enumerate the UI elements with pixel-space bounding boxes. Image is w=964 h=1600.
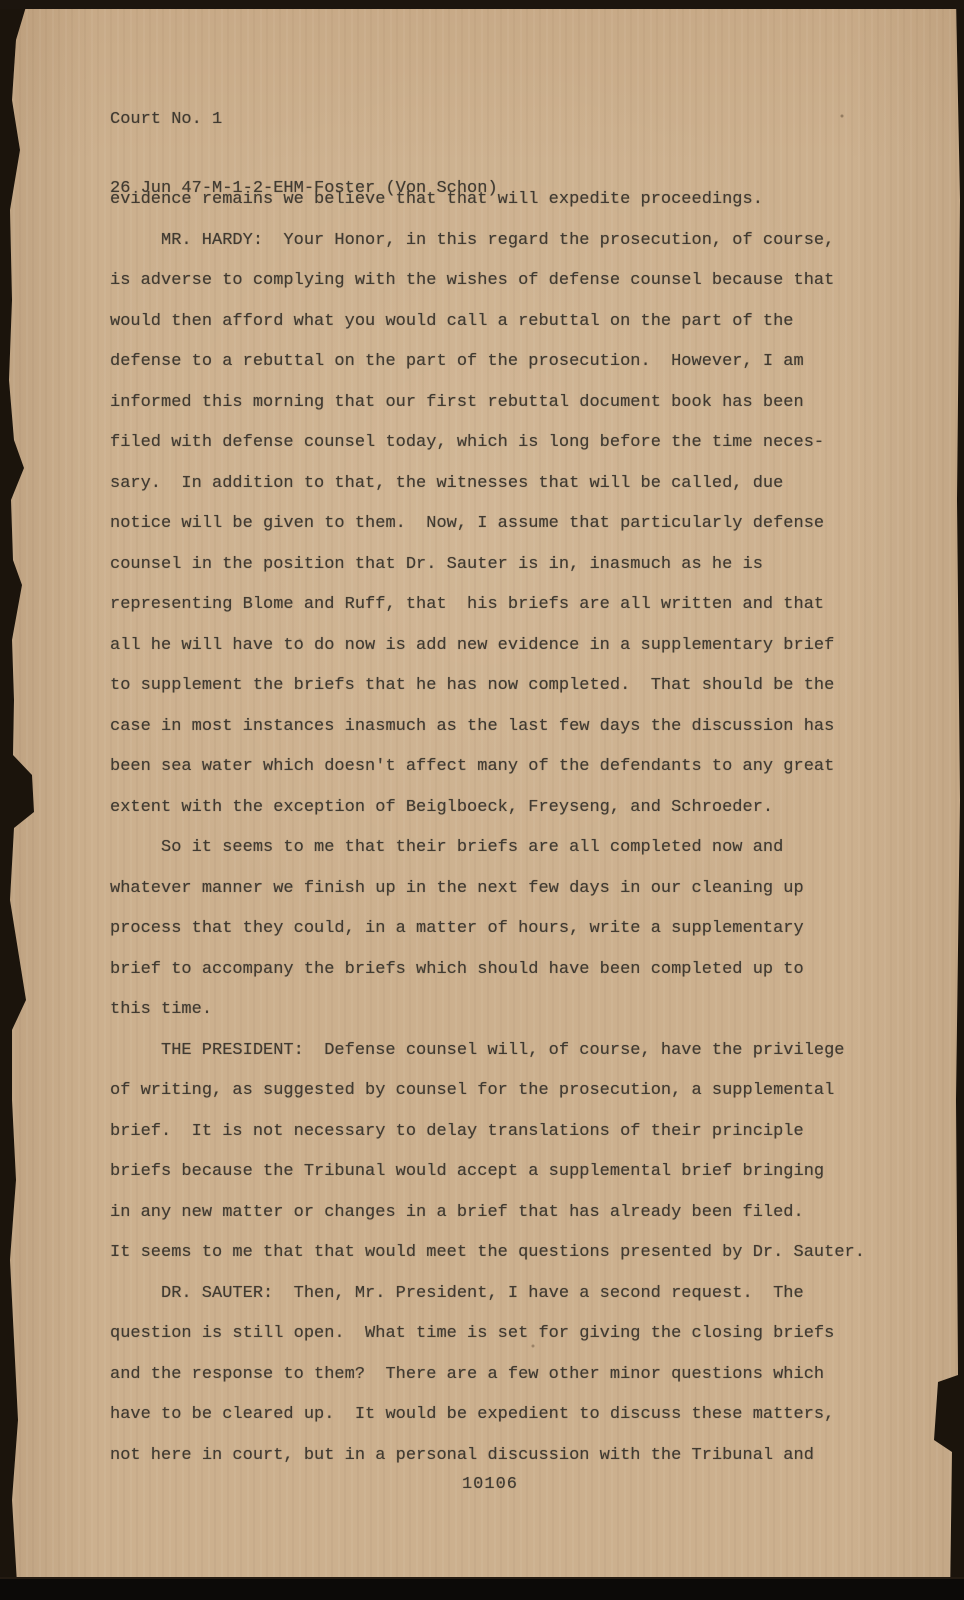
transcript-line: in any new matter or changes in a brief … [110,1193,900,1234]
transcript-line: all he will have to do now is add new ev… [110,626,900,667]
transcript-line: sary. In addition to that, the witnesses… [110,464,900,505]
transcript-line: is adverse to complying with the wishes … [110,261,900,302]
transcript-line: this time. [110,990,900,1031]
scan-edge-top [0,0,964,9]
transcript-line: brief. It is not necessary to delay tran… [110,1112,900,1153]
transcript-line: have to be cleared up. It would be exped… [110,1395,900,1436]
transcript-line: case in most instances inasmuch as the l… [110,707,900,748]
scan-edge-bottom [0,1577,964,1600]
transcript-line: of writing, as suggested by counsel for … [110,1071,900,1112]
transcript-line: informed this morning that our first reb… [110,383,900,424]
transcript-line: extent with the exception of Beiglboeck,… [110,788,900,829]
transcript-line: notice will be given to them. Now, I ass… [110,504,900,545]
transcript-line: would then afford what you would call a … [110,302,900,343]
transcript-line: and the response to them? There are a fe… [110,1355,900,1396]
transcript-line: It seems to me that that would meet the … [110,1233,900,1274]
transcript-line: not here in court, but in a personal dis… [110,1436,900,1477]
transcript-line: question is still open. What time is set… [110,1314,900,1355]
transcript-line-speaker-president: THE PRESIDENT: Defense counsel will, of … [110,1031,900,1072]
transcript-line: briefs because the Tribunal would accept… [110,1152,900,1193]
transcript-line: whatever manner we finish up in the next… [110,869,900,910]
transcript-line: brief to accompany the briefs which shou… [110,950,900,991]
transcript-line-speaker-sauter: DR. SAUTER: Then, Mr. President, I have … [110,1274,900,1315]
page-number: 10106 [110,1475,870,1494]
transcript-line-speaker-hardy: MR. HARDY: Your Honor, in this regard th… [110,221,900,262]
transcript-line: representing Blome and Ruff, that his br… [110,585,900,626]
transcript-line: been sea water which doesn't affect many… [110,747,900,788]
transcript-body: evidence remains we believe that that wi… [110,180,900,1476]
scan-background: Court No. 1 26 Jun 47-M-1-2-EHM-Foster (… [0,0,964,1600]
transcript-line: process that they could, in a matter of … [110,909,900,950]
transcript-line: defense to a rebuttal on the part of the… [110,342,900,383]
document-page: Court No. 1 26 Jun 47-M-1-2-EHM-Foster (… [0,0,964,1600]
transcript-line: filed with defense counsel today, which … [110,423,900,464]
transcript-line: evidence remains we believe that that wi… [110,180,900,221]
transcript-line-paragraph-start: So it seems to me that their briefs are … [110,828,900,869]
header-court-number: Court No. 1 [110,108,498,131]
transcript-line: counsel in the position that Dr. Sauter … [110,545,900,586]
transcript-line: to supplement the briefs that he has now… [110,666,900,707]
